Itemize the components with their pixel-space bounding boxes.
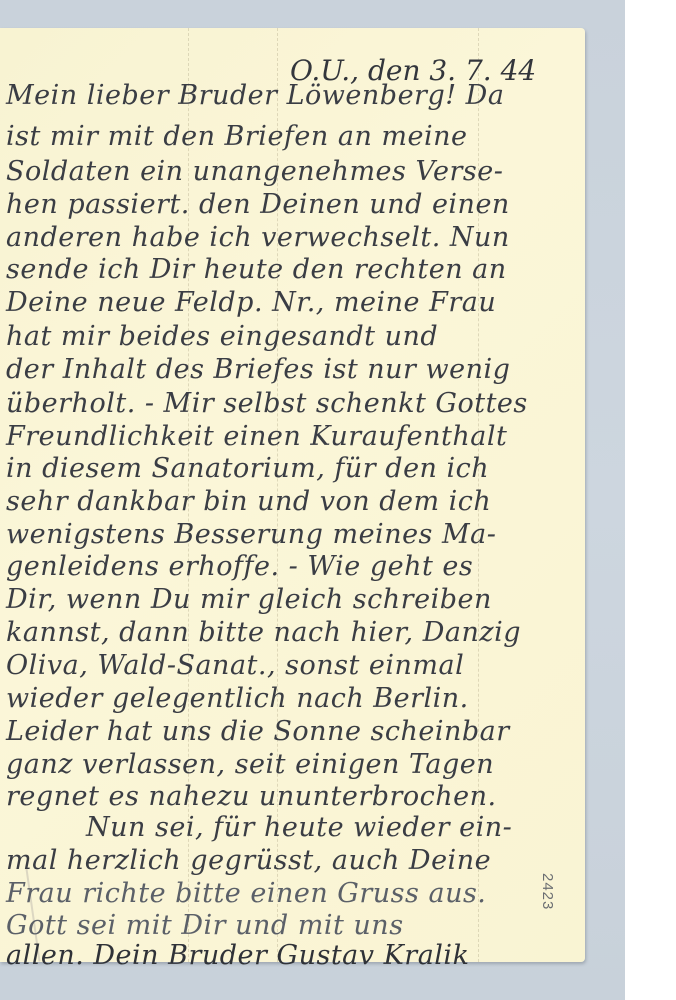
letter-line: anderen habe ich verwechselt. Nun	[6, 222, 510, 253]
letter-line: regnet es nahezu ununterbrochen.	[6, 781, 497, 812]
letter-line: ist mir mit den Briefen an meine	[6, 121, 468, 152]
letter-line: Oliva, Wald-Sanat., sonst einmal	[6, 650, 464, 681]
letter-line-closing: Nun sei, für heute wieder ein-	[86, 812, 512, 843]
letter-line-salutation: Mein lieber Bruder Löwenberg! Da	[6, 80, 504, 111]
letter-line: mal herzlich gegrüsst, auch Deine	[6, 845, 491, 876]
letter-line: der Inhalt des Briefes ist nur wenig	[6, 354, 510, 385]
letter-line: Soldaten ein unangenehmes Verse-	[6, 156, 503, 187]
letter-line: wieder gelegentlich nach Berlin.	[6, 683, 469, 714]
letter-line: Gott sei mit Dir und mit uns	[6, 910, 404, 941]
letter-line: wenigstens Besserung meines Ma-	[6, 519, 496, 550]
letter-line: überholt. - Mir selbst schenkt Gottes	[6, 388, 528, 419]
letter-line: ganz verlassen, seit einigen Tagen	[6, 749, 494, 780]
archive-number: 2423	[539, 873, 556, 910]
letter-line: Freundlichkeit einen Kuraufenthalt	[6, 421, 507, 452]
letter-line: in diesem Sanatorium, für den ich	[6, 453, 489, 484]
letter-signature-line: allen. Dein Bruder Gustav Kralik	[6, 940, 469, 971]
letter-line: sehr dankbar bin und von dem ich	[6, 486, 491, 517]
postcard: O.U., den 3. 7. 44 Mein lieber Bruder Lö…	[0, 28, 585, 962]
letter-line: hen passiert. den Deinen und einen	[6, 189, 510, 220]
letter-line: Leider hat uns die Sonne scheinbar	[6, 716, 510, 747]
letter-line: Dir, wenn Du mir gleich schreiben	[6, 584, 492, 615]
letter-line: sende ich Dir heute den rechten an	[6, 254, 507, 285]
letter-line: hat mir beides eingesandt und	[6, 321, 438, 352]
letter-line: Deine neue Feldp. Nr., meine Frau	[6, 287, 496, 318]
letter-line: Frau richte bitte einen Gruss aus.	[6, 878, 486, 909]
letter-line: genleidens erhoffe. - Wie geht es	[6, 551, 473, 582]
letter-line: kannst, dann bitte nach hier, Danzig	[6, 617, 521, 648]
